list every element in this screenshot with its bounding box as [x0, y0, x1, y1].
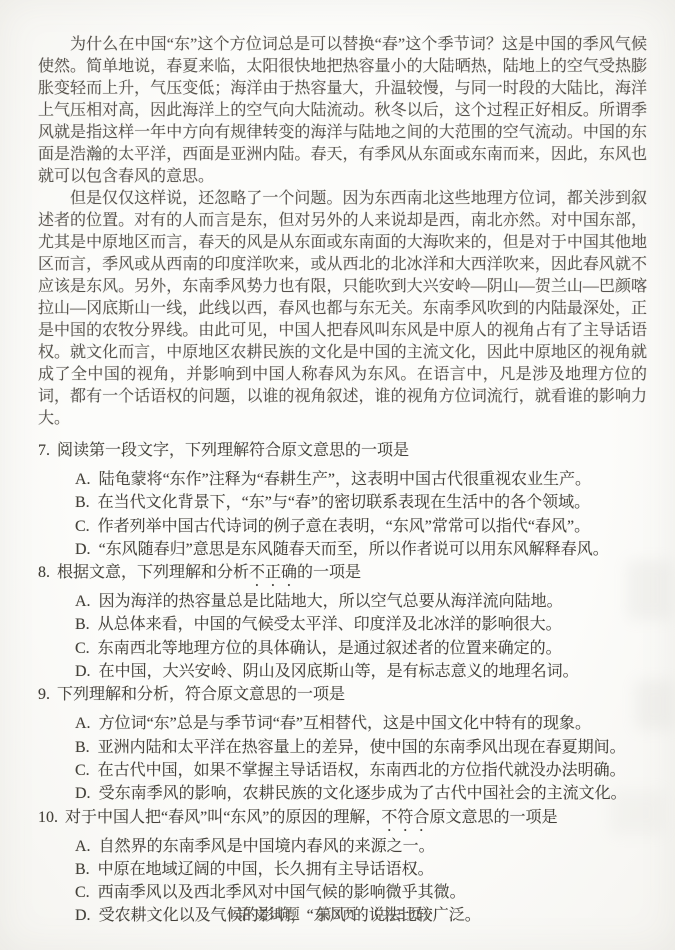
question-8-option-b: B.从总体来看，中国的气候受太平洋、印度洋及北冰洋的影响很大。 — [38, 613, 647, 636]
stem-pre: 对于中国人把“春风”叫“东风”的原因的理解， — [65, 809, 381, 826]
option-text: 陆龟蒙将“东作”注释为“春耕生产”，这表明中国古代很重视农业生产。 — [99, 471, 591, 488]
stem-post: 原文意思的一项是 — [429, 809, 557, 826]
option-label: A. — [75, 715, 91, 732]
option-label: D. — [75, 541, 91, 558]
question-9-stem: 9.下列理解和分析，符合原文意思的一项是 — [38, 683, 647, 712]
question-10-number: 10. — [38, 809, 58, 826]
option-text: 西南季风以及西北季风对中国气候的影响微乎其微。 — [98, 884, 466, 901]
question-7-stem: 7.阅读第一段文字，下列理解符合原文意思的一项是 — [38, 439, 647, 468]
stem-pre: 下列理解和分析，符合原文意思的一项是 — [57, 686, 345, 703]
option-label: B. — [75, 494, 90, 511]
question-7-option-b: B.在当代文化背景下，“东”与“春”的密切联系表现在生活中的各个领域。 — [38, 491, 647, 514]
option-text: 自然界的东南季风是中国境内春风的来源之一。 — [99, 838, 435, 855]
question-9-option-c: C.在古代中国，如果不掌握主导话语权，东南西北的方位指代就没办法明确。 — [38, 759, 647, 782]
option-label: A. — [75, 838, 91, 855]
option-text: “东风随春归”意思是东风随春天而至，所以作者说可以用东风解释春风。 — [99, 541, 609, 558]
question-8-option-a: A.因为海洋的热容量总是比陆地大，所以空气总要从海洋流向陆地。 — [38, 590, 647, 613]
question-list: 7.阅读第一段文字，下列理解符合原文意思的一项是 A.陆龟蒙将“东作”注释为“春… — [38, 439, 647, 928]
question-8-stem: 8.根据文意，下列理解和分析不正确的一项是 — [38, 561, 647, 590]
question-8-option-c: C.东南西北等地理方位的具体确认，是通过叙述者的位置来确定的。 — [38, 637, 647, 660]
option-label: B. — [75, 739, 90, 756]
question-7-number: 7. — [38, 442, 50, 459]
question-9-option-a: A.方位词“东”总是与季节词“春”互相替代，这是中国文化中特有的现象。 — [38, 712, 647, 735]
option-label: A. — [75, 593, 91, 610]
stem-pre: 根据文意，下列理解和分析 — [57, 564, 249, 581]
question-10-option-b: B.中原在地域辽阔的中国，长久拥有主导话语权。 — [38, 858, 647, 881]
question-7-option-d: D.“东风随春归”意思是东风随春天而至，所以作者说可以用东风解释春风。 — [38, 538, 647, 561]
question-10-option-a: A.自然界的东南季风是中国境内春风的来源之一。 — [38, 835, 647, 858]
option-text: 亚洲内陆和太平洋在热容量上的差异，使中国的东南季风出现在春夏期间。 — [98, 739, 626, 756]
option-label: D. — [75, 785, 91, 802]
option-text: 在当代文化背景下，“东”与“春”的密切联系表现在生活中的各个领域。 — [98, 494, 590, 511]
page-footer: 语文试题 第3页 （共5页） — [0, 903, 675, 924]
option-text: 在古代中国，如果不掌握主导话语权，东南西北的方位指代就没办法明确。 — [98, 762, 626, 779]
option-text: 从总体来看，中国的气候受太平洋、印度洋及北冰洋的影响很大。 — [98, 616, 562, 633]
question-8-option-d: D.在中国，大兴安岭、阴山及冈底斯山等，是有标志意义的地理名词。 — [38, 660, 647, 683]
option-text: 中原在地域辽阔的中国，长久拥有主导话语权。 — [98, 861, 434, 878]
question-9: 9.下列理解和分析，符合原文意思的一项是 A.方位词“东”总是与季节词“春”互相… — [38, 683, 647, 805]
option-label: B. — [75, 861, 90, 878]
page-content: 为什么在中国“东”这个方位词总是可以替换“春”这个季节词？这是中国的季风气候使然… — [38, 34, 647, 928]
stem-pre: 阅读第一段文字，下列理解符合原文意思的一项是 — [57, 442, 409, 459]
question-7-option-a: A.陆龟蒙将“东作”注释为“春耕生产”，这表明中国古代很重视农业生产。 — [38, 468, 647, 491]
stem-post: 的一项是 — [297, 564, 361, 581]
option-text: 东南西北等地理方位的具体确认，是通过叙述者的位置来确定的。 — [98, 640, 562, 657]
option-label: D. — [75, 663, 91, 680]
question-9-number: 9. — [38, 686, 50, 703]
question-7-option-c: C.作者列举中国古代诗词的例子意在表明，“东风”常常可以指代“春风”。 — [38, 515, 647, 538]
option-text: 方位词“东”总是与季节词“春”互相替代，这是中国文化中特有的现象。 — [99, 715, 591, 732]
option-text: 在中国，大兴安岭、阴山及冈底斯山等，是有标志意义的地理名词。 — [99, 663, 579, 680]
option-label: B. — [75, 616, 90, 633]
question-8-number: 8. — [38, 564, 50, 581]
exam-page: 为什么在中国“东”这个方位词总是可以替换“春”这个季节词？这是中国的季风气候使然… — [0, 0, 675, 950]
option-text: 因为海洋的热容量总是比陆地大，所以空气总要从海洋流向陆地。 — [99, 593, 563, 610]
question-9-option-d: D.受东南季风的影响，农耕民族的文化逐步成为了古代中国社会的主流文化。 — [38, 782, 647, 805]
question-8: 8.根据文意，下列理解和分析不正确的一项是 A.因为海洋的热容量总是比陆地大，所… — [38, 561, 647, 683]
question-7: 7.阅读第一段文字，下列理解符合原文意思的一项是 A.陆龟蒙将“东作”注释为“春… — [38, 439, 647, 561]
option-label: A. — [75, 471, 91, 488]
reading-passage: 为什么在中国“东”这个方位词总是可以替换“春”这个季节词？这是中国的季风气候使然… — [38, 34, 647, 430]
option-label: C. — [75, 640, 90, 657]
option-text: 受东南季风的影响，农耕民族的文化逐步成为了古代中国社会的主流文化。 — [99, 785, 627, 802]
question-10-option-c: C.西南季风以及西北季风对中国气候的影响微乎其微。 — [38, 881, 647, 904]
option-label: C. — [75, 762, 90, 779]
question-10-stem: 10.对于中国人把“春风”叫“东风”的原因的理解，不符合原文意思的一项是 — [38, 806, 647, 835]
question-9-option-b: B.亚洲内陆和太平洋在热容量上的差异，使中国的东南季风出现在春夏期间。 — [38, 736, 647, 759]
option-text: 作者列举中国古代诗词的例子意在表明，“东风”常常可以指代“春风”。 — [98, 518, 590, 535]
stem-emphasis: 不正确 — [249, 564, 297, 581]
option-label: C. — [75, 884, 90, 901]
passage-paragraph-2: 但是仅仅这样说，还忽略了一个问题。因为东西南北这些地理方位词，都关涉到叙述者的位… — [38, 188, 647, 430]
option-label: C. — [75, 518, 90, 535]
stem-emphasis: 不符合 — [381, 809, 429, 826]
passage-paragraph-1: 为什么在中国“东”这个方位词总是可以替换“春”这个季节词？这是中国的季风气候使然… — [38, 34, 647, 188]
